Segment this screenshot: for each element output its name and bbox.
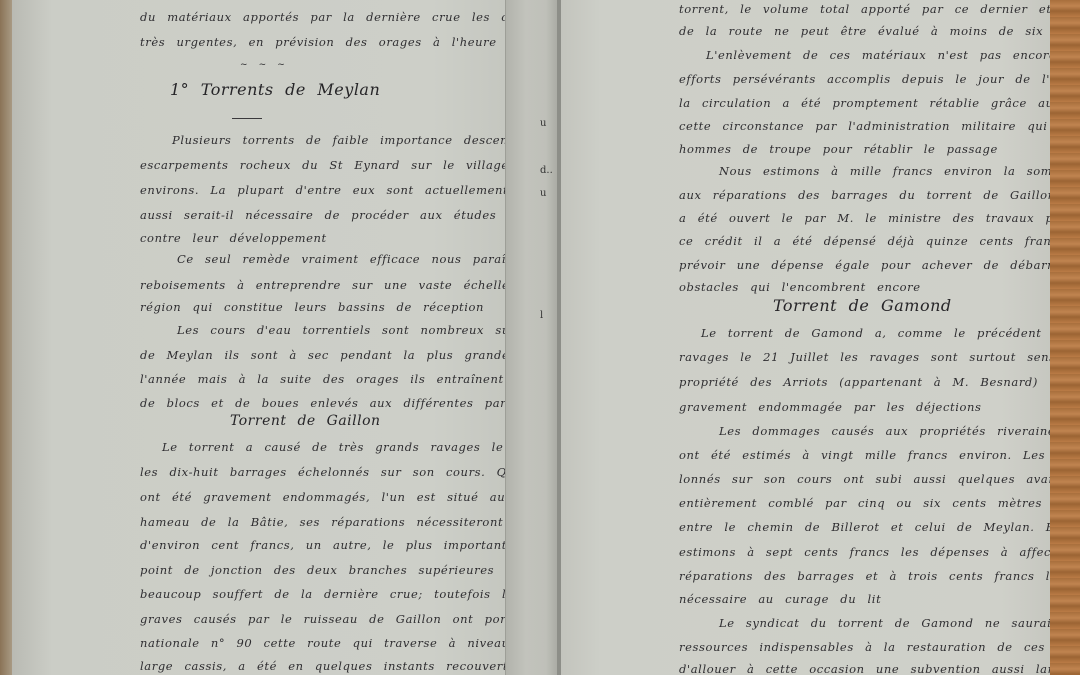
text-line: lonnés sur son cours ont subi aussi quel… — [679, 472, 1080, 486]
text-line: efforts persévérants accomplis depuis le… — [679, 72, 1080, 86]
text-line: Nous estimons à mille francs environ la … — [719, 164, 1080, 178]
margin-mark: u — [540, 118, 546, 129]
text-line: estimons à sept cents francs les dépense… — [679, 545, 1080, 559]
margin-mark: u — [540, 188, 546, 199]
subsection-title: Torrent de Gamond — [773, 296, 952, 315]
wooden-table-surface — [1050, 0, 1080, 675]
subsection-title: Torrent de Gaillon — [230, 413, 381, 429]
separator: ~ ~ ~ — [240, 60, 285, 70]
right-page: torrent, le volume total apporté par ce … — [561, 0, 1050, 675]
text-line: ravages le 21 Juillet les ravages sont s… — [679, 350, 1080, 364]
margin-mark: d.. — [540, 165, 553, 176]
text-line: ont été estimés à vingt mille francs env… — [679, 448, 1080, 462]
left-page: du matériaux apportés par la dernière cr… — [12, 0, 524, 675]
text-line: entre le chemin de Billerot et celui de … — [679, 520, 1080, 534]
text-line: Le syndicat du torrent de Gamond ne saur… — [719, 616, 1080, 630]
text-line: cette circonstance par l'administration … — [679, 119, 1080, 133]
text-line: nécessaire au curage du lit — [679, 592, 881, 606]
text-line: obstacles qui l'encombrent encore — [679, 280, 921, 294]
page-margin-strip: u d.. u l — [505, 0, 558, 675]
text-line: torrent, le volume total apporté par ce … — [679, 2, 1080, 16]
text-line: Les dommages causés aux propriétés river… — [719, 424, 1080, 438]
text-line: réparations des barrages et à trois cent… — [679, 569, 1080, 583]
text-line: de la route ne peut être évalué à moins … — [679, 24, 1080, 38]
text-line: contre leur développement — [140, 231, 327, 245]
text-line: entièrement comblé par cinq ou six cents… — [679, 496, 1080, 510]
text-line: gravement endommagée par les déjections — [679, 400, 982, 414]
text-line: propriété des Arriots (appartenant à M. … — [679, 375, 1080, 389]
text-line: région qui constitue leurs bassins de ré… — [140, 300, 484, 314]
book-edge-left — [0, 0, 12, 675]
text-line: hommes de troupe pour rétablir le passag… — [679, 142, 998, 156]
section-title: 1° Torrents de Meylan — [170, 80, 380, 99]
text-line: d'allouer à cette occasion une subventio… — [679, 662, 1080, 675]
section-rule — [232, 118, 262, 119]
text-line: ressources indispensables à la restaurat… — [679, 640, 1080, 654]
text-line: la circulation a été promptement rétabli… — [679, 96, 1080, 110]
text-line: Le torrent de Gamond a, comme le précéde… — [701, 326, 1080, 340]
text-line: ce crédit il a été dépensé déjà quinze c… — [679, 234, 1080, 248]
text-line: L'enlèvement de ces matériaux n'est pas … — [706, 48, 1080, 62]
text-line: aux réparations des barrages du torrent … — [679, 188, 1080, 202]
margin-mark: l — [540, 310, 543, 321]
text-line: a été ouvert le par M. le ministre des t… — [679, 211, 1080, 225]
text-line: prévoir une dépense égale pour achever d… — [679, 258, 1080, 272]
